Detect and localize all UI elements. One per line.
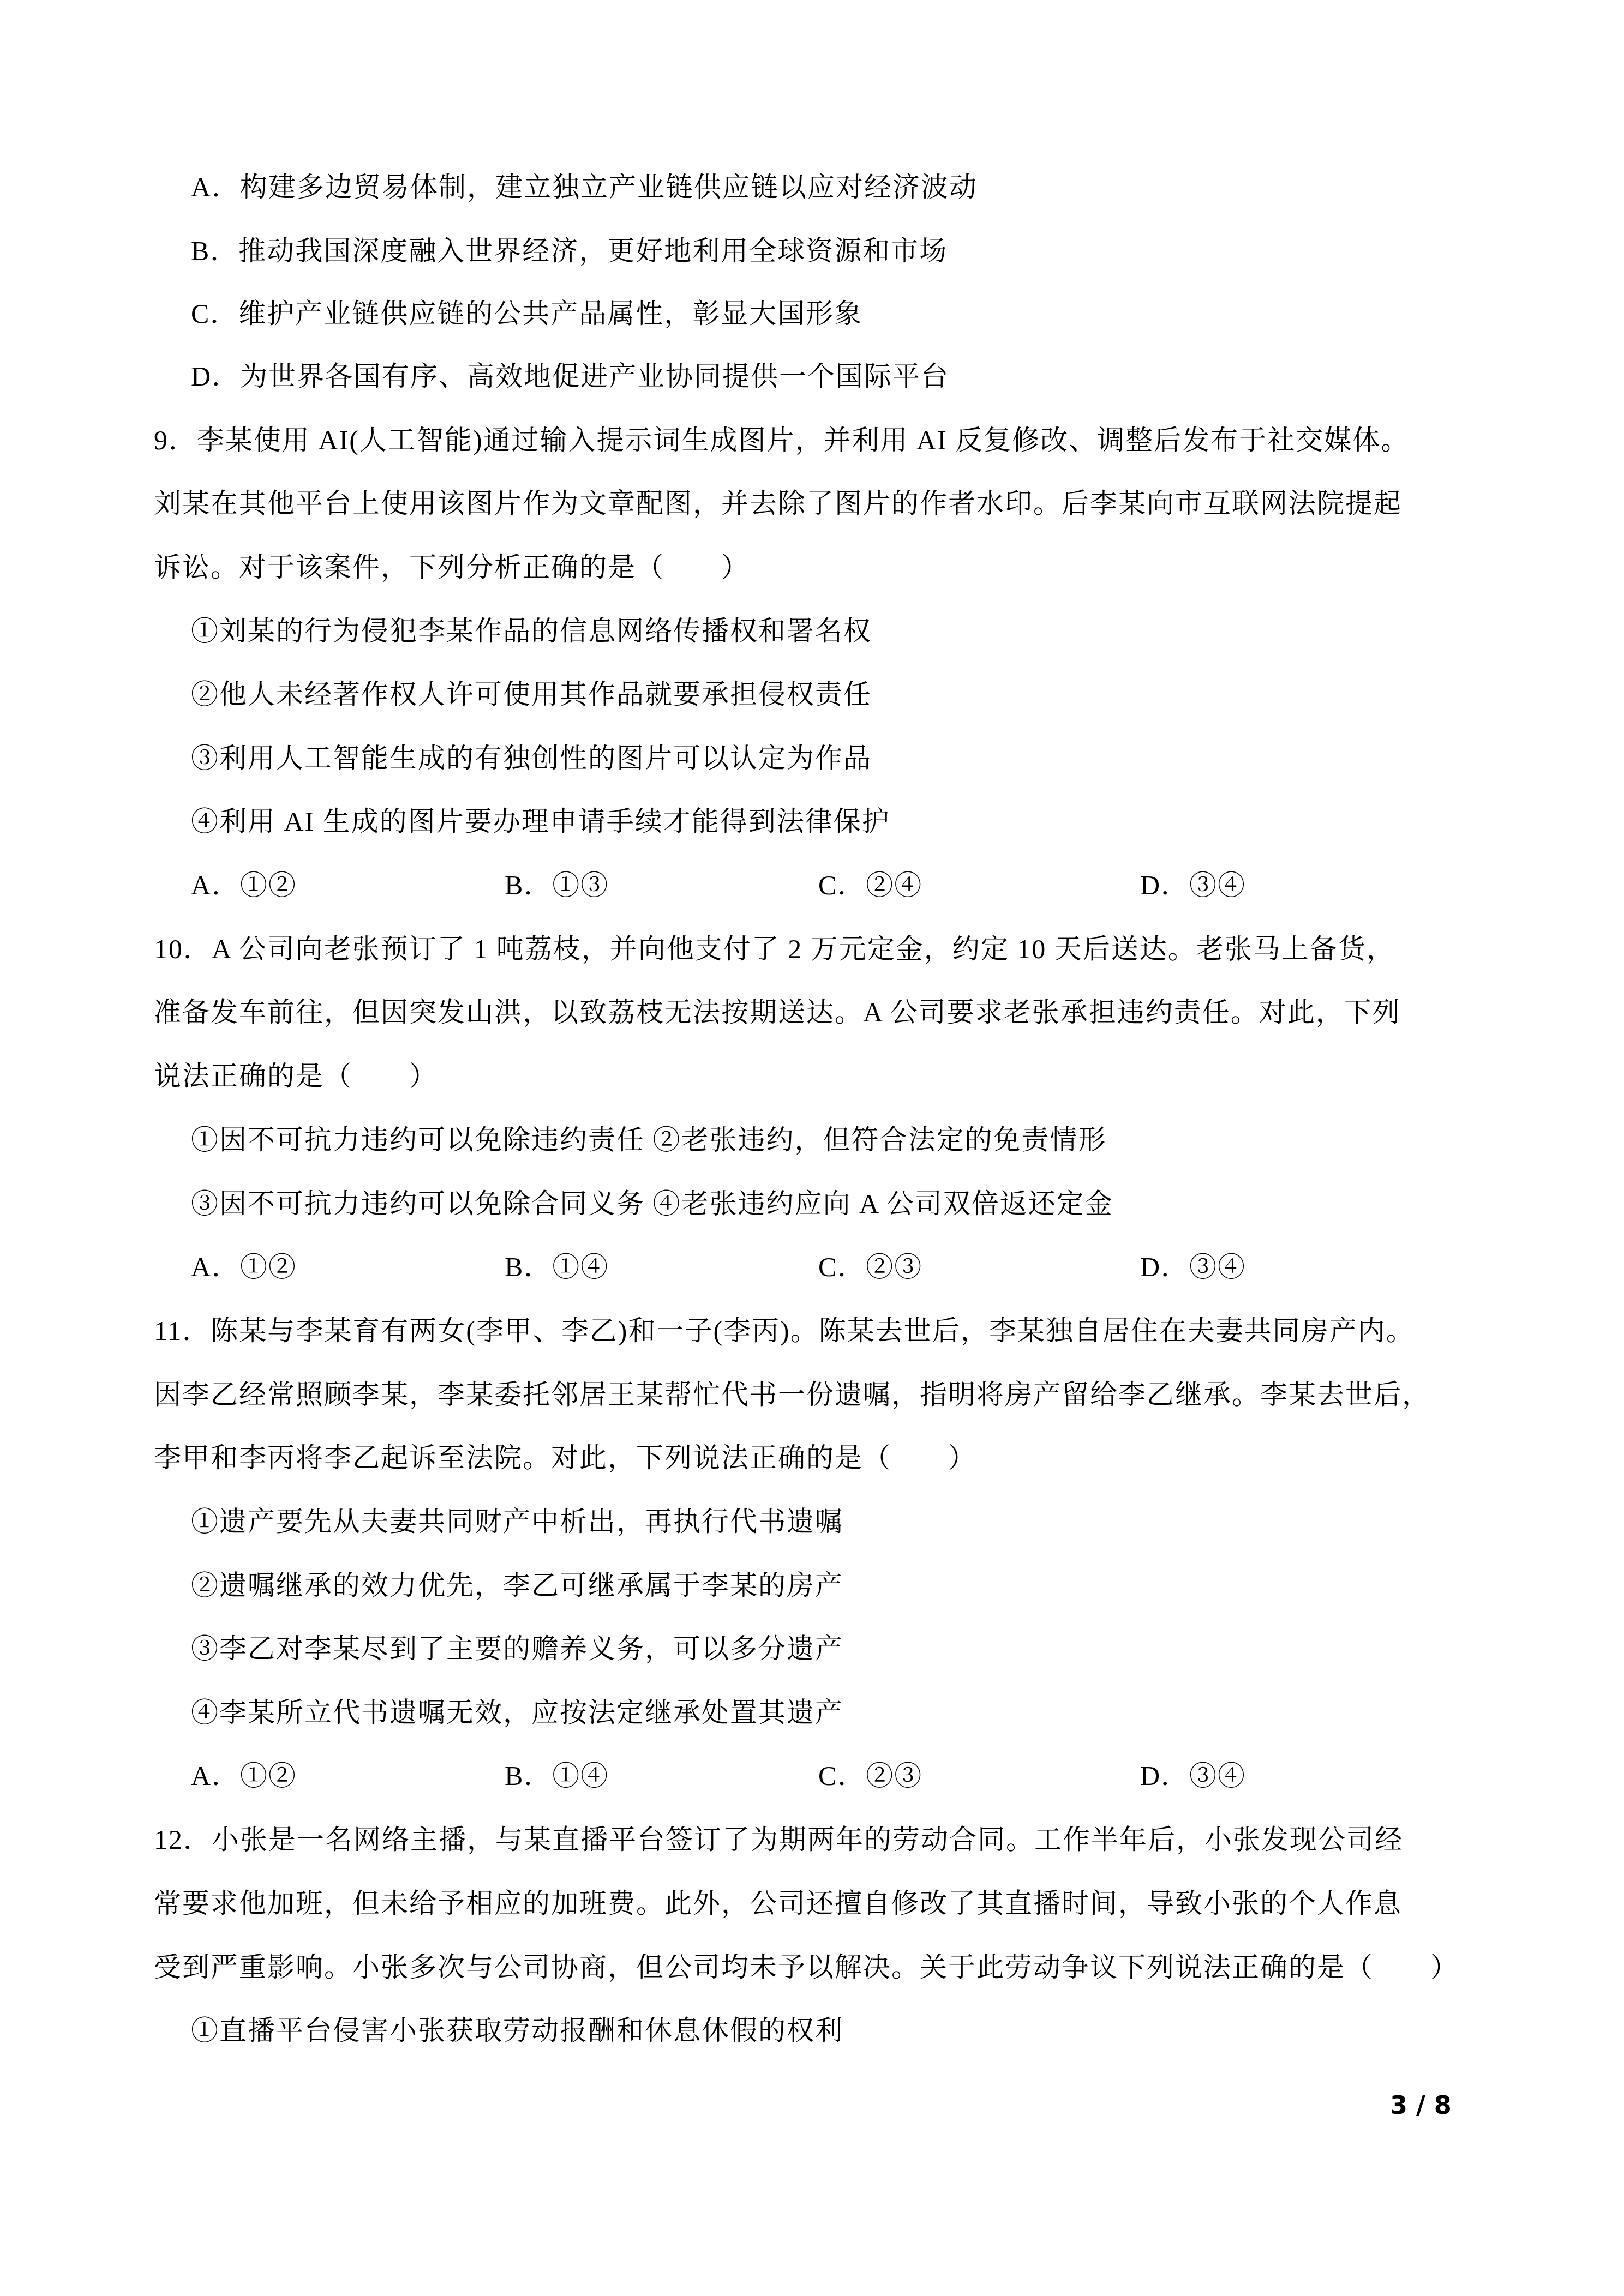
q12-stem-line-3: 受到严重影响。小张多次与公司协商，但公司均未予以解决。关于此劳动争议下列说法正确…: [154, 1951, 1459, 1984]
q8-option-c: C．维护产业链供应链的公共产品属性，彰显大国形象: [191, 297, 862, 330]
q10-choice-b: B．①④: [505, 1251, 609, 1283]
q11-statement-2: ②遗嘱继承的效力优先，李乙可继承属于李某的房产: [191, 1569, 843, 1602]
q9-stem-line-3: 诉讼。对于该案件，下列分析正确的是（ ）: [154, 551, 750, 584]
q9-stem-line-1: 9．李某使用 AI(人工智能)通过输入提示词生成图片，并利用 AI 反复修改、调…: [154, 424, 1409, 456]
q11-statement-1: ①遗产要先从夫妻共同财产中析出，再执行代书遗嘱: [191, 1505, 843, 1538]
q12-stem-line-2: 常要求他加班，但未给予相应的加班费。此外，公司还擅自修改了其直播时间，导致小张的…: [154, 1887, 1402, 1920]
q10-statement-row-2: ③因不可抗力违约可以免除合同义务 ④老张违约应向 A 公司双倍返还定金: [191, 1187, 1113, 1220]
q8-option-b: B．推动我国深度融入世界经济，更好地利用全球资源和市场: [191, 235, 948, 267]
q11-choice-b: B．①④: [505, 1759, 609, 1792]
q11-statement-4: ④李某所立代书遗嘱无效，应按法定继承处置其遗产: [191, 1696, 843, 1729]
q11-choice-c: C．②③: [818, 1759, 922, 1792]
q10-choice-c: C．②③: [818, 1251, 922, 1283]
q9-choice-a: A．①②: [191, 869, 297, 901]
q12-stem-line-1: 12．小张是一名网络主播，与某直播平台签订了为期两年的劳动合同。工作半年后，小张…: [154, 1823, 1403, 1856]
q11-choice-a: A．①②: [191, 1759, 297, 1792]
q11-stem-line-3: 李甲和李丙将李乙起诉至法院。对此，下列说法正确的是（ ）: [154, 1441, 976, 1474]
q10-stem-line-3: 说法正确的是（ ）: [154, 1060, 438, 1092]
q9-stem-line-2: 刘某在其他平台上使用该图片作为文章配图，并去除了图片的作者水印。后李某向市互联网…: [154, 487, 1402, 520]
q10-statement-row-1: ①因不可抗力违约可以免除违约责任 ②老张违约，但符合法定的免责情形: [191, 1123, 1107, 1156]
q9-choice-b: B．①③: [505, 869, 609, 901]
q10-stem-line-1: 10．A 公司向老张预订了 1 吨荔枝，并向他支付了 2 万元定金，约定 10 …: [154, 933, 1395, 965]
q8-option-a: A．构建多边贸易体制，建立独立产业链供应链以应对经济波动: [191, 171, 978, 203]
q10-stem-line-2: 准备发车前往，但因突发山洪，以致荔枝无法按期送达。A 公司要求老张承担违约责任。…: [154, 996, 1401, 1029]
q12-statement-1: ①直播平台侵害小张获取劳动报酬和休息休假的权利: [191, 2014, 843, 2047]
q9-statement-1: ①刘某的行为侵犯李某作品的信息网络传播权和署名权: [191, 615, 872, 647]
q10-choice-d: D．③④: [1140, 1251, 1246, 1283]
q9-choice-d: D．③④: [1140, 869, 1246, 901]
q10-choice-a: A．①②: [191, 1251, 297, 1283]
q9-choice-c: C．②④: [818, 869, 922, 901]
q11-statement-3: ③李乙对李某尽到了主要的赡养义务，可以多分遗产: [191, 1632, 843, 1665]
q11-stem-line-1: 11．陈某与李某育有两女(李甲、李乙)和一子(李丙)。陈某去世后，李某独自居住在…: [154, 1314, 1415, 1347]
q9-statement-3: ③利用人工智能生成的有独创性的图片可以认定为作品: [191, 742, 872, 774]
q8-option-d: D．为世界各国有序、高效地促进产业协同提供一个国际平台: [191, 360, 949, 393]
page-number: 3 / 8: [1390, 2090, 1452, 2120]
exam-page: A．构建多边贸易体制，建立独立产业链供应链以应对经济波动 B．推动我国深度融入世…: [0, 0, 1624, 2296]
q11-choice-d: D．③④: [1140, 1759, 1246, 1792]
q9-statement-2: ②他人未经著作权人许可使用其作品就要承担侵权责任: [191, 678, 872, 711]
q9-statement-4: ④利用 AI 生成的图片要办理申请手续才能得到法律保护: [191, 805, 890, 838]
q11-stem-line-2: 因李乙经常照顾李某，李某委托邻居王某帮忙代书一份遗嘱，指明将房产留给李乙继承。李…: [154, 1378, 1430, 1411]
